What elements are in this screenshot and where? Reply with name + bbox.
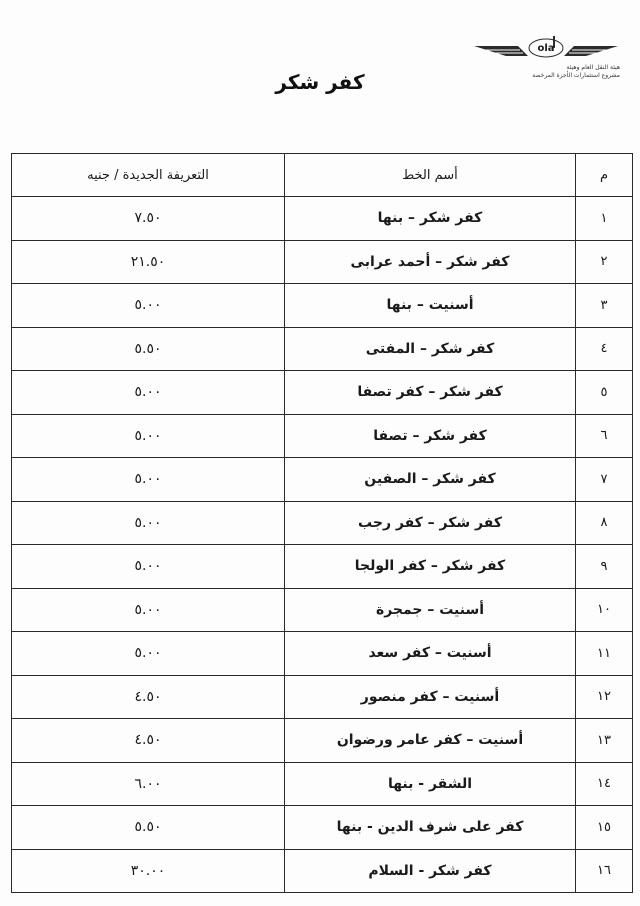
table-row: ٦ كفر شكر – تصفا ٥.٠٠ — [12, 414, 633, 458]
fare-value: ٤.٥٠ — [12, 675, 285, 719]
fare-value: ٢١.٥٠ — [12, 240, 285, 284]
fare-value: ٥.٠٠ — [12, 284, 285, 328]
fare-value: ٥.٠٠ — [12, 501, 285, 545]
row-number: ١٦ — [576, 849, 633, 893]
table-row: ٩ كفر شكر – كفر الولجا ٥.٠٠ — [12, 545, 633, 589]
table-row: ١١ أسنيت – كفر سعد ٥.٠٠ — [12, 632, 633, 676]
row-number: ١١ — [576, 632, 633, 676]
row-number: ٥ — [576, 371, 633, 415]
row-number: ١٥ — [576, 806, 633, 850]
line-name: كفر شكر – بنها — [285, 197, 576, 241]
fare-table: م أسم الخط التعريفة الجديدة / جنيه ١ كفر… — [11, 153, 633, 893]
fare-value: ٥.٠٠ — [12, 458, 285, 502]
line-name: أسنيت – كفر سعد — [285, 632, 576, 676]
line-name: كفر شكر – المفتى — [285, 327, 576, 371]
table-row: ١٢ أسنيت – كفر منصور ٤.٥٠ — [12, 675, 633, 719]
column-header-line-name: أسم الخط — [285, 154, 576, 197]
line-name: كفر شكر – أحمد عرابى — [285, 240, 576, 284]
line-name: الشقر - بنها — [285, 762, 576, 806]
column-header-number: م — [576, 154, 633, 197]
row-number: ١٤ — [576, 762, 633, 806]
line-name: كفر شكر – كفر الولجا — [285, 545, 576, 589]
fare-value: ٤.٥٠ — [12, 719, 285, 763]
fare-value: ٥.٠٠ — [12, 588, 285, 632]
line-name: كفر على شرف الدين - بنها — [285, 806, 576, 850]
table-row: ٨ كفر شكر – كفر رجب ٥.٠٠ — [12, 501, 633, 545]
row-number: ٧ — [576, 458, 633, 502]
row-number: ٤ — [576, 327, 633, 371]
line-name: كفر شكر – تصفا — [285, 414, 576, 458]
line-name: أسنيت – بنها — [285, 284, 576, 328]
row-number: ١٠ — [576, 588, 633, 632]
fare-value: ٥.٥٠ — [12, 327, 285, 371]
row-number: ٢ — [576, 240, 633, 284]
line-name: كفر شكر – كفر رجب — [285, 501, 576, 545]
fare-value: ٧.٥٠ — [12, 197, 285, 241]
table-row: ١٤ الشقر - بنها ٦.٠٠ — [12, 762, 633, 806]
page-title: كفر شكر — [0, 70, 640, 94]
line-name: كفر شكر – الصفين — [285, 458, 576, 502]
line-name: كفر شكر – كفر تصفا — [285, 371, 576, 415]
table-row: ٣ أسنيت – بنها ٥.٠٠ — [12, 284, 633, 328]
row-number: ٦ — [576, 414, 633, 458]
line-name: أسنيت – كفر عامر ورضوان — [285, 719, 576, 763]
fare-value: ٣٠.٠٠ — [12, 849, 285, 893]
row-number: ٨ — [576, 501, 633, 545]
fare-value: ٥.٠٠ — [12, 545, 285, 589]
column-header-fare: التعريفة الجديدة / جنيه — [12, 154, 285, 197]
fare-value: ٥.٠٠ — [12, 371, 285, 415]
line-name: كفر شكر - السلام — [285, 849, 576, 893]
line-name: أسنيت – كفر منصور — [285, 675, 576, 719]
row-number: ١ — [576, 197, 633, 241]
table-row: ٤ كفر شكر – المفتى ٥.٥٠ — [12, 327, 633, 371]
table-row: ١٠ أسنيت – جمجرة ٥.٠٠ — [12, 588, 633, 632]
table-row: ١ كفر شكر – بنها ٧.٥٠ — [12, 197, 633, 241]
table-header-row: م أسم الخط التعريفة الجديدة / جنيه — [12, 154, 633, 197]
fare-value: ٥.٠٠ — [12, 414, 285, 458]
winged-emblem-icon: ola — [466, 36, 626, 64]
table-row: ٧ كفر شكر – الصفين ٥.٠٠ — [12, 458, 633, 502]
table-row: ٥ كفر شكر – كفر تصفا ٥.٠٠ — [12, 371, 633, 415]
row-number: ٣ — [576, 284, 633, 328]
row-number: ١٣ — [576, 719, 633, 763]
row-number: ٩ — [576, 545, 633, 589]
table-row: ١٦ كفر شكر - السلام ٣٠.٠٠ — [12, 849, 633, 893]
fare-value: ٦.٠٠ — [12, 762, 285, 806]
row-number: ١٢ — [576, 675, 633, 719]
table-row: ١٣ أسنيت – كفر عامر ورضوان ٤.٥٠ — [12, 719, 633, 763]
line-name: أسنيت – جمجرة — [285, 588, 576, 632]
fare-value: ٥.٥٠ — [12, 806, 285, 850]
table-row: ١٥ كفر على شرف الدين - بنها ٥.٥٠ — [12, 806, 633, 850]
fare-value: ٥.٠٠ — [12, 632, 285, 676]
table-row: ٢ كفر شكر – أحمد عرابى ٢١.٥٠ — [12, 240, 633, 284]
svg-text:ola: ola — [537, 43, 554, 54]
